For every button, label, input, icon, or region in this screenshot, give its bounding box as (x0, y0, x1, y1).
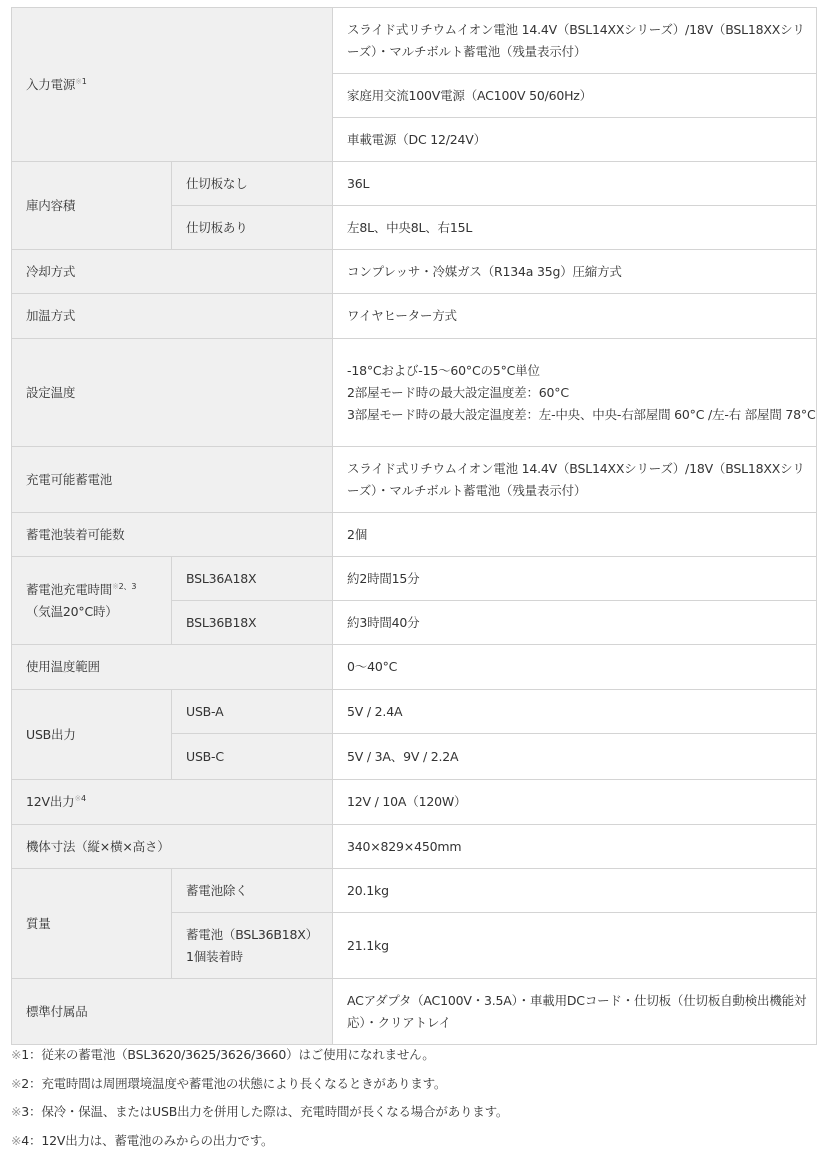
row-input-power: 入力電源※1 スライド式リチウムイオン電池 14.4V（BSL14XXシリーズ）… (12, 8, 817, 74)
value-12v-output: 12V / 10A（120W） (333, 780, 817, 825)
value-usb-a: 5V / 2.4A (333, 690, 817, 734)
header-12v-output: 12V出力※4 (12, 780, 333, 825)
value-mass-without-battery: 20.1kg (333, 869, 817, 913)
header-operating-temp: 使用温度範囲 (12, 645, 333, 690)
value-operating-temp: 0～40°C (333, 645, 817, 690)
subheader-bsl36b18x: BSL36B18X (172, 601, 333, 645)
row-set-temp: 設定温度 -18°Cおよび-15～60°Cの5°C単位 2部屋モード時の最大設定… (12, 339, 817, 447)
value-battery-slots: 2個 (333, 513, 817, 557)
subheader-mass-without-battery: 蓄電池除く (172, 869, 333, 913)
subheader-bsl36a18x: BSL36A18X (172, 557, 333, 601)
value-cooling: コンプレッサ・冷媒ガス（R134a 35g）圧縮方式 (333, 250, 817, 294)
value-heating: ワイヤヒーター方式 (333, 294, 817, 339)
value-accessories: ACアダプタ（AC100V・3.5A）・車載用DCコード・仕切板（仕切板自動検出… (333, 979, 817, 1045)
row-mass: 質量 蓄電池除く 20.1kg (12, 869, 817, 913)
row-accessories: 標準付属品 ACアダプタ（AC100V・3.5A）・車載用DCコード・仕切板（仕… (12, 979, 817, 1045)
header-mass: 質量 (12, 869, 172, 979)
header-usb-output: USB出力 (12, 690, 172, 780)
footnote-3: ※3：保冷・保温、またはUSB出力を併用した際は、充電時間が長くなる場合がありま… (11, 1101, 508, 1130)
footnote-ref: ※1 (75, 77, 86, 86)
row-charge-time: 蓄電池充電時間※2、3 （気温20°C時） BSL36A18X 約2時間15分 (12, 557, 817, 601)
row-operating-temp: 使用温度範囲 0～40°C (12, 645, 817, 690)
footnotes: ※1：従来の蓄電池（BSL3620/3625/3626/3660）はご使用になれ… (11, 1044, 508, 1158)
row-usb-output: USB出力 USB-A 5V / 2.4A (12, 690, 817, 734)
header-chargeable-battery: 充電可能蓄電池 (12, 447, 333, 513)
header-set-temp: 設定温度 (12, 339, 333, 447)
subheader-with-divider: 仕切板あり (172, 206, 333, 250)
row-capacity: 庫内容積 仕切板なし 36L (12, 162, 817, 206)
header-battery-slots: 蓄電池装着可能数 (12, 513, 333, 557)
value-usb-c: 5V / 3A、9V / 2.2A (333, 734, 817, 780)
value-input-power-dc: 車載電源（DC 12/24V） (333, 118, 817, 162)
footnote-ref: ※4 (74, 794, 85, 803)
value-capacity-with-divider: 左8L、中央8L、右15L (333, 206, 817, 250)
row-cooling: 冷却方式 コンプレッサ・冷媒ガス（R134a 35g）圧縮方式 (12, 250, 817, 294)
subheader-mass-with-battery: 蓄電池（BSL36B18X）1個装着時 (172, 913, 333, 979)
set-temp-line: 2部屋モード時の最大設定温度差：60°C (347, 382, 816, 404)
value-chargeable-battery: スライド式リチウムイオン電池 14.4V（BSL14XXシリーズ）/18V（BS… (333, 447, 817, 513)
value-charge-bsl36b18x: 約3時間40分 (333, 601, 817, 645)
spec-table: 入力電源※1 スライド式リチウムイオン電池 14.4V（BSL14XXシリーズ）… (11, 7, 817, 1045)
value-charge-bsl36a18x: 約2時間15分 (333, 557, 817, 601)
row-dimensions: 機体寸法（縦×横×高さ） 340×829×450mm (12, 825, 817, 869)
footnote-4: ※4：12V出力は、蓄電池のみからの出力です。 (11, 1130, 508, 1159)
header-cooling: 冷却方式 (12, 250, 333, 294)
value-capacity-no-divider: 36L (333, 162, 817, 206)
footnote-2: ※2：充電時間は周囲環境温度や蓄電池の状態により長くなるときがあります。 (11, 1073, 508, 1102)
row-chargeable-battery: 充電可能蓄電池 スライド式リチウムイオン電池 14.4V（BSL14XXシリーズ… (12, 447, 817, 513)
header-dimensions: 機体寸法（縦×横×高さ） (12, 825, 333, 869)
header-input-power: 入力電源※1 (12, 8, 333, 162)
footnote-1: ※1：従来の蓄電池（BSL3620/3625/3626/3660）はご使用になれ… (11, 1044, 508, 1073)
value-dimensions: 340×829×450mm (333, 825, 817, 869)
row-12v-output: 12V出力※4 12V / 10A（120W） (12, 780, 817, 825)
value-set-temp: -18°Cおよび-15～60°Cの5°C単位 2部屋モード時の最大設定温度差：6… (333, 339, 817, 447)
set-temp-line: -18°Cおよび-15～60°Cの5°C単位 (347, 360, 816, 382)
value-input-power-ac: 家庭用交流100V電源（AC100V 50/60Hz） (333, 74, 817, 118)
row-battery-slots: 蓄電池装着可能数 2個 (12, 513, 817, 557)
row-heating: 加温方式 ワイヤヒーター方式 (12, 294, 817, 339)
set-temp-line: 3部屋モード時の最大設定温度差：左-中央、中央-右部屋間 60°C /左-右 部… (347, 404, 816, 426)
header-heating: 加温方式 (12, 294, 333, 339)
header-capacity: 庫内容積 (12, 162, 172, 250)
subheader-no-divider: 仕切板なし (172, 162, 333, 206)
header-charge-time: 蓄電池充電時間※2、3 （気温20°C時） (12, 557, 172, 645)
footnote-ref: ※2、3 (112, 582, 136, 591)
value-input-power-battery: スライド式リチウムイオン電池 14.4V（BSL14XXシリーズ）/18V（BS… (333, 8, 817, 74)
subheader-usb-a: USB-A (172, 690, 333, 734)
header-accessories: 標準付属品 (12, 979, 333, 1045)
value-mass-with-battery: 21.1kg (333, 913, 817, 979)
subheader-usb-c: USB-C (172, 734, 333, 780)
